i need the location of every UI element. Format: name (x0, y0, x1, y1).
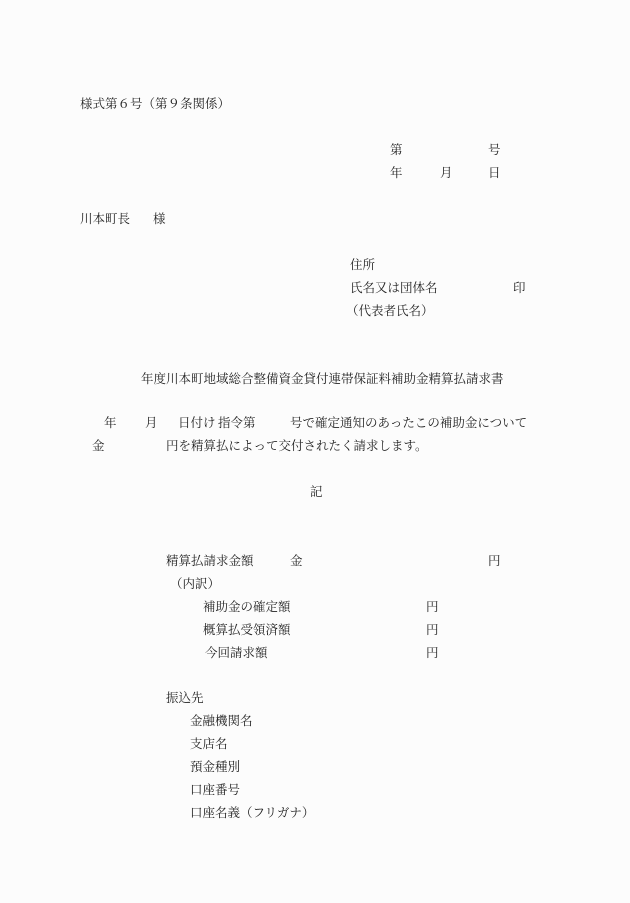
addressee-name: 川本町長 (80, 213, 130, 226)
breakdown-item-label: 補助金の確定額 (203, 601, 291, 614)
date-day: 日 (488, 167, 501, 180)
breakdown-item-label: 今回請求額 (205, 647, 268, 660)
breakdown-item-yen: 円 (426, 601, 439, 614)
applicant-address-label: 住所 (350, 259, 375, 272)
transfer-item: 金融機関名 (190, 715, 253, 728)
claim-amount-label: 精算払請求金額 (166, 555, 254, 568)
transfer-item: 支店名 (190, 738, 228, 751)
body-year: 年 (104, 417, 117, 430)
claim-yen: 円 (488, 555, 501, 568)
breakdown-item-label: 概算払受領済額 (203, 624, 291, 637)
date-month: 月 (440, 167, 453, 180)
body-kin: 金 (92, 440, 105, 453)
addressee-honorific: 様 (153, 213, 166, 226)
transfer-item: 預金種別 (190, 761, 240, 774)
body-order: 指令第 (218, 417, 256, 430)
document-title: 年度川本町地域総合整備資金貸付連帯保証料補助金精算払請求書 (141, 373, 504, 386)
applicant-name-label: 氏名又は団体名 (350, 282, 438, 295)
body-month: 月 (145, 417, 158, 430)
breakdown-item-yen: 円 (426, 647, 439, 660)
date-year: 年 (390, 167, 403, 180)
breakdown-label: （内訳） (170, 578, 220, 591)
claim-kin: 金 (290, 555, 303, 568)
transfer-item: 口座番号 (190, 784, 240, 797)
doc-number-dai: 第 (390, 144, 403, 157)
body-dated: 日付け (178, 417, 216, 430)
representative-label: （代表者氏名） (346, 305, 434, 318)
seal-mark: 印 (513, 282, 526, 295)
form-number: 様式第６号（第９条関係） (80, 98, 230, 111)
body-line2-rest: 円を精算払によって交付されたく請求します。 (166, 440, 428, 453)
body-line1-rest: 号で確定通知のあったこの補助金について (290, 417, 527, 430)
doc-number-go: 号 (488, 144, 501, 157)
ki-heading: 記 (310, 486, 323, 499)
breakdown-item-yen: 円 (426, 624, 439, 637)
transfer-label: 振込先 (166, 692, 204, 705)
transfer-item: 口座名義（フリガナ） (190, 807, 314, 820)
